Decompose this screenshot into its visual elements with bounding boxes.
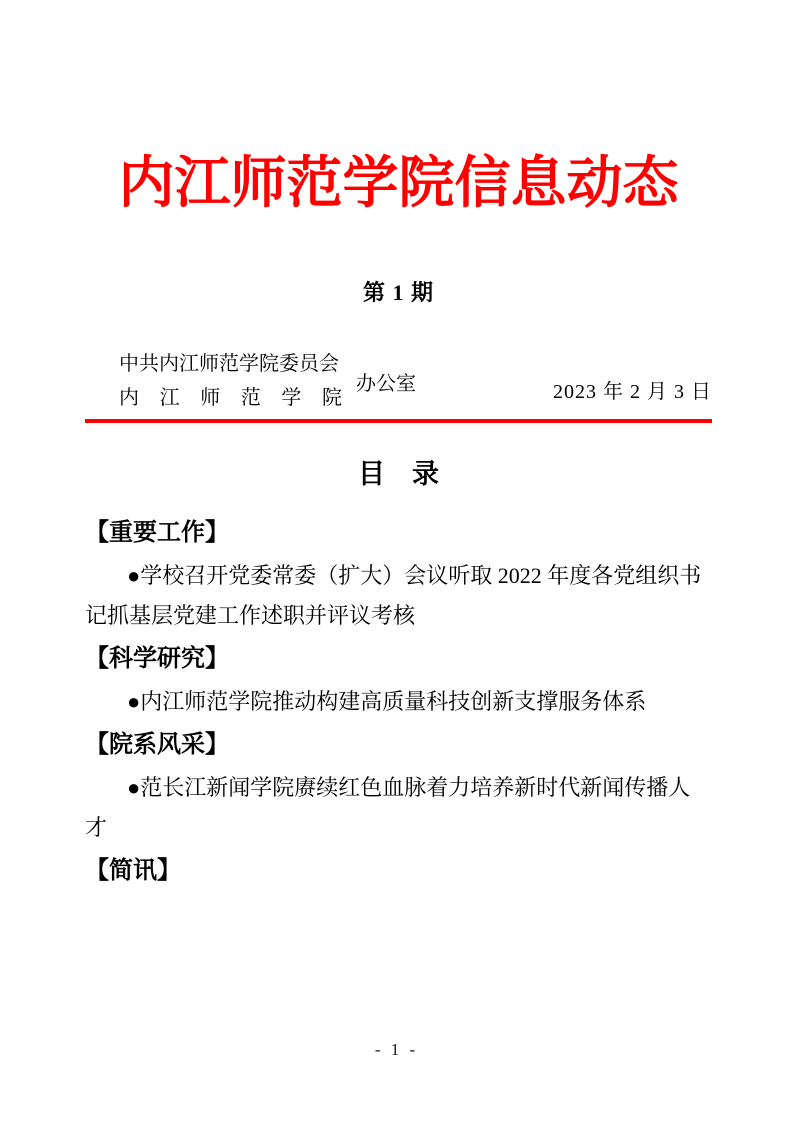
publisher-line-committee: 中共内江师范学院委员会 [119, 347, 342, 381]
publisher-line-university: 内江师范学院 [119, 381, 342, 415]
toc-item: ●范长江新闻学院赓续红色血脉着力培养新时代新闻传播人才 [85, 768, 712, 848]
toc-section-important-work: 【重要工作】 [85, 516, 712, 550]
issue-date: 2023 年 2 月 3 日 [553, 375, 712, 404]
masthead: 中共内江师范学院委员会 内江师范学院 办公室 2023 年 2 月 3 日 [85, 347, 712, 415]
page-number: - 1 - [0, 1040, 793, 1060]
toc: 【重要工作】 ●学校召开党委常委（扩大）会议听取 2022 年度各党组织书记抓基… [85, 516, 712, 888]
publisher-names: 中共内江师范学院委员会 内江师范学院 [119, 347, 342, 415]
toc-heading: 目 录 [85, 457, 712, 492]
toc-section-department-style: 【院系风采】 [85, 728, 712, 762]
publisher-office: 办公室 [356, 367, 416, 396]
toc-item: ●学校召开党委常委（扩大）会议听取 2022 年度各党组织书记抓基层党建工作述职… [85, 556, 712, 636]
toc-section-briefs: 【简讯】 [85, 854, 712, 888]
document-page: 内江师范学院信息动态 第 1 期 中共内江师范学院委员会 内江师范学院 办公室 … [0, 0, 793, 1122]
publisher-block: 中共内江师范学院委员会 内江师范学院 办公室 [119, 347, 416, 415]
page-content: 内江师范学院信息动态 第 1 期 中共内江师范学院委员会 内江师范学院 办公室 … [85, 0, 712, 888]
issue-number: 第 1 期 [85, 278, 712, 307]
document-title: 内江师范学院信息动态 [85, 152, 712, 216]
toc-item: ●内江师范学院推动构建高质量科技创新支撑服务体系 [85, 682, 712, 722]
red-divider-rule [85, 419, 712, 423]
toc-section-scientific-research: 【科学研究】 [85, 642, 712, 676]
